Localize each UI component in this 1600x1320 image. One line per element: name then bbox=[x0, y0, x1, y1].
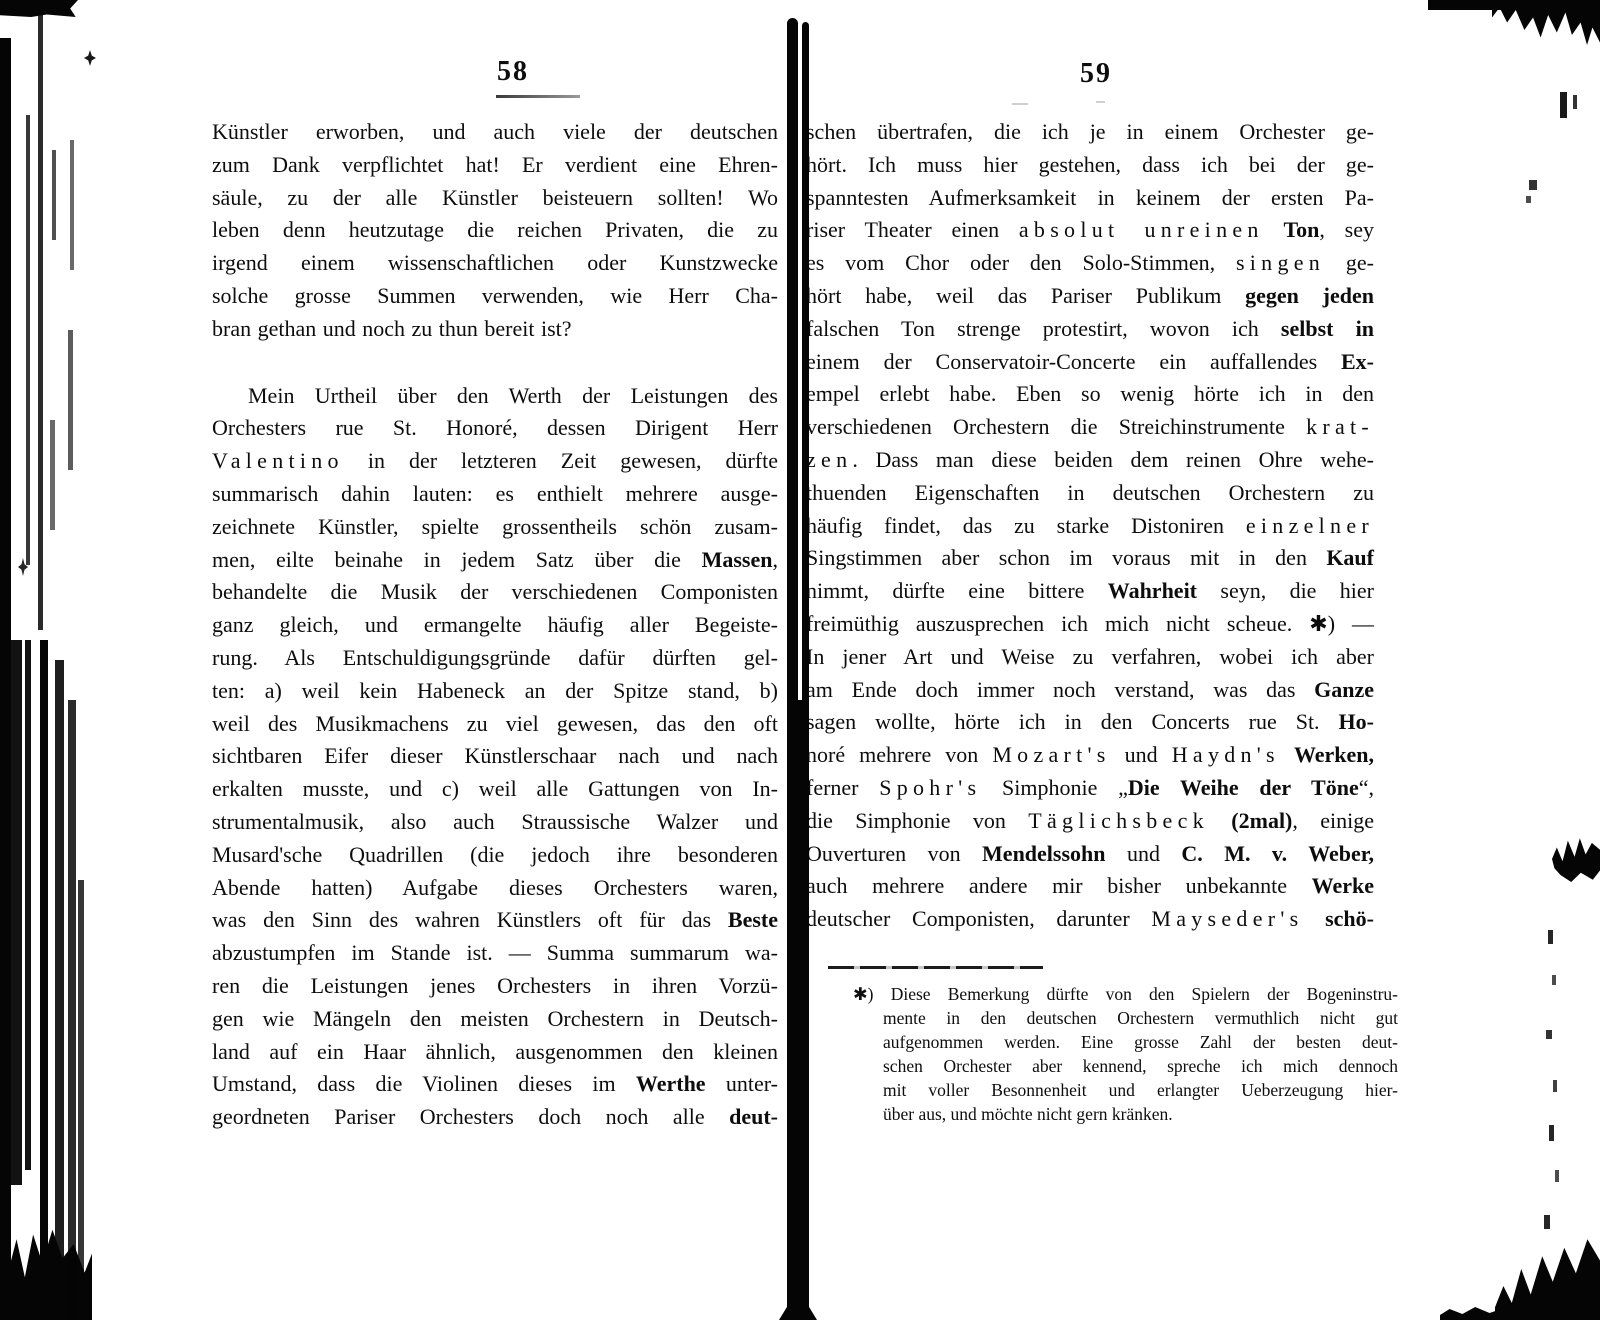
page-number-rule-58 bbox=[496, 95, 580, 98]
letterspaced-text: absolut unreinen bbox=[1019, 217, 1264, 242]
paragraph: Künstler erworben, und auch viele der de… bbox=[212, 116, 778, 346]
text-line: zum Dank verpflichtet hat! Er verdient e… bbox=[212, 149, 778, 182]
text-layer: 58 Künstler erworben, und auch viele der… bbox=[0, 0, 1600, 1320]
text-line: es vom Chor oder den Solo-Stimmen, singe… bbox=[806, 247, 1374, 280]
page-number-rule-59 bbox=[1012, 103, 1028, 105]
page-number-58: 58 bbox=[478, 56, 548, 88]
page-number-rule-59b bbox=[1096, 101, 1105, 103]
letterspaced-text: Valentino bbox=[212, 448, 344, 473]
page-59-text-column: schen übertrafen, die ich je in einem Or… bbox=[806, 116, 1374, 936]
text-line: abzustumpfen im Stande ist. — Summa summ… bbox=[212, 937, 778, 970]
text-line: Abende hatten) Aufgabe dieses Orchesters… bbox=[212, 872, 778, 905]
text-line: bran gethan und noch zu thun bereit ist? bbox=[212, 313, 778, 346]
letterspaced-text: singen bbox=[1236, 250, 1325, 275]
text-line: einem der Conservatoir-Concerte ein auff… bbox=[806, 346, 1374, 379]
text-line: schen Orchester aber kennend, spreche ic… bbox=[853, 1054, 1398, 1078]
text-line: summarisch dahin lauten: es enthielt meh… bbox=[212, 478, 778, 511]
text-line: zeichnete Künstler, spielte grossentheil… bbox=[212, 511, 778, 544]
footnote-separator bbox=[828, 966, 1043, 969]
text-line: ren die Leistungen jenes Orchesters in i… bbox=[212, 970, 778, 1003]
text-line: Mein Urtheil über den Werth der Leistung… bbox=[212, 380, 778, 413]
text-line: erkalten musste, und c) weil alle Gattun… bbox=[212, 773, 778, 806]
letterspaced-text: krat- bbox=[1306, 414, 1374, 439]
text-line: aufgenommen werden. Eine grosse Zahl der… bbox=[853, 1030, 1398, 1054]
text-line: leben denn heutzutage die reichen Privat… bbox=[212, 214, 778, 247]
text-line: Ouverturen von Mendelssohn und C. M. v. … bbox=[806, 838, 1374, 871]
text-line: empel erlebt habe. Eben so wenig hörte i… bbox=[806, 378, 1374, 411]
text-line: men, eilte beinahe in jedem Satz über di… bbox=[212, 544, 778, 577]
text-line: hört. Ich muss hier gestehen, dass ich b… bbox=[806, 149, 1374, 182]
text-line: auch mehrere andere mir bisher unbekannt… bbox=[806, 870, 1374, 903]
text-line: strumentalmusik, also auch Straussische … bbox=[212, 806, 778, 839]
text-line: Künstler erworben, und auch viele der de… bbox=[212, 116, 778, 149]
text-line: spanntesten Aufmerksamkeit in keinem der… bbox=[806, 182, 1374, 215]
text-line: deutscher Componisten, darunter Mayseder… bbox=[806, 903, 1374, 936]
letterspaced-text: Spohr's bbox=[879, 775, 981, 800]
text-line: geordneten Pariser Orchesters doch noch … bbox=[212, 1101, 778, 1134]
text-line: rung. Als Entschuldigungsgründe dafür dü… bbox=[212, 642, 778, 675]
text-line: ten: a) weil kein Habeneck an der Spitze… bbox=[212, 675, 778, 708]
paragraph: ✱) Diese Bemerkung dürfte von den Spiele… bbox=[853, 982, 1398, 1126]
paragraph: Mein Urtheil über den Werth der Leistung… bbox=[212, 380, 778, 1134]
text-line: über aus, und möchte nicht gern kränken. bbox=[853, 1102, 1398, 1126]
text-line: solche grosse Summen verwenden, wie Herr… bbox=[212, 280, 778, 313]
text-line: thuenden Eigenschaften in deutschen Orch… bbox=[806, 477, 1374, 510]
text-line: ganz gleich, und ermangelte häufig aller… bbox=[212, 609, 778, 642]
text-line: sagen wollte, hörte ich in den Concerts … bbox=[806, 706, 1374, 739]
text-line: land auf ein Haar ähnlich, ausgenommen d… bbox=[212, 1036, 778, 1069]
text-line: schen übertrafen, die ich je in einem Or… bbox=[806, 116, 1374, 149]
text-line: Singstimmen aber schon im voraus mit in … bbox=[806, 542, 1374, 575]
letterspaced-text: zen bbox=[806, 447, 852, 472]
footnote: ✱) Diese Bemerkung dürfte von den Spiele… bbox=[853, 982, 1398, 1126]
text-line: sichtbaren Eifer dieser Künstlerschaar n… bbox=[212, 740, 778, 773]
text-line: mit voller Besonnenheit und erlangter Ue… bbox=[853, 1078, 1398, 1102]
text-line: mente in den deutschen Orchestern vermut… bbox=[853, 1006, 1398, 1030]
text-line: Musard'sche Quadrillen (die jedoch ihre … bbox=[212, 839, 778, 872]
text-line: weil des Musikmachens zu viel gewesen, d… bbox=[212, 708, 778, 741]
text-line: noré mehrere von Mozart's und Haydn's We… bbox=[806, 739, 1374, 772]
letterspaced-text: Mayseder's bbox=[1151, 906, 1303, 931]
letterspaced-text: einzelner bbox=[1246, 513, 1374, 538]
text-line: hört habe, weil das Pariser Publikum geg… bbox=[806, 280, 1374, 313]
text-line: riser Theater einen absolut unreinen Ton… bbox=[806, 214, 1374, 247]
book-scan-spread: 58 Künstler erworben, und auch viele der… bbox=[0, 0, 1600, 1320]
text-line: ✱) Diese Bemerkung dürfte von den Spiele… bbox=[853, 982, 1398, 1006]
text-line: ferner Spohr's Simphonie „Die Weihe der … bbox=[806, 772, 1374, 805]
text-line: nimmt, dürfte eine bittere Wahrheit seyn… bbox=[806, 575, 1374, 608]
text-line: Umstand, dass die Violinen dieses im Wer… bbox=[212, 1068, 778, 1101]
text-line: gen wie Mängeln den meisten Orchestern i… bbox=[212, 1003, 778, 1036]
letterspaced-text: Mozart's bbox=[992, 742, 1110, 767]
letterspaced-text: Haydn's bbox=[1172, 742, 1280, 767]
text-line: zen. Dass man diese beiden dem reinen Oh… bbox=[806, 444, 1374, 477]
text-line: verschiedenen Orchestern die Streichinst… bbox=[806, 411, 1374, 444]
text-line: falschen Ton strenge protestirt, wovon i… bbox=[806, 313, 1374, 346]
page-58-text-column: Künstler erworben, und auch viele der de… bbox=[212, 116, 778, 1134]
text-line: In jener Art und Weise zu verfahren, wob… bbox=[806, 641, 1374, 674]
text-line: die Simphonie von Täglichsbeck (2mal), e… bbox=[806, 805, 1374, 838]
letterspaced-text: Täglichsbeck bbox=[1028, 808, 1209, 833]
text-line: irgend einem wissenschaftlichen oder Kun… bbox=[212, 247, 778, 280]
text-line: häufig findet, das zu starke Distoniren … bbox=[806, 510, 1374, 543]
text-line: am Ende doch immer noch verstand, was da… bbox=[806, 674, 1374, 707]
paragraph: schen übertrafen, die ich je in einem Or… bbox=[806, 116, 1374, 936]
text-line: Orchesters rue St. Honoré, dessen Dirige… bbox=[212, 412, 778, 445]
text-line: Valentino in der letzteren Zeit gewesen,… bbox=[212, 445, 778, 478]
text-line: behandelte die Musik der verschiedenen C… bbox=[212, 576, 778, 609]
text-line: säule, zu der alle Künstler beisteuern s… bbox=[212, 182, 778, 215]
text-line: was den Sinn des wahren Künstlers oft fü… bbox=[212, 904, 778, 937]
page-number-59: 59 bbox=[1061, 58, 1131, 90]
text-line: freimüthig auszusprechen ich mich nicht … bbox=[806, 608, 1374, 641]
